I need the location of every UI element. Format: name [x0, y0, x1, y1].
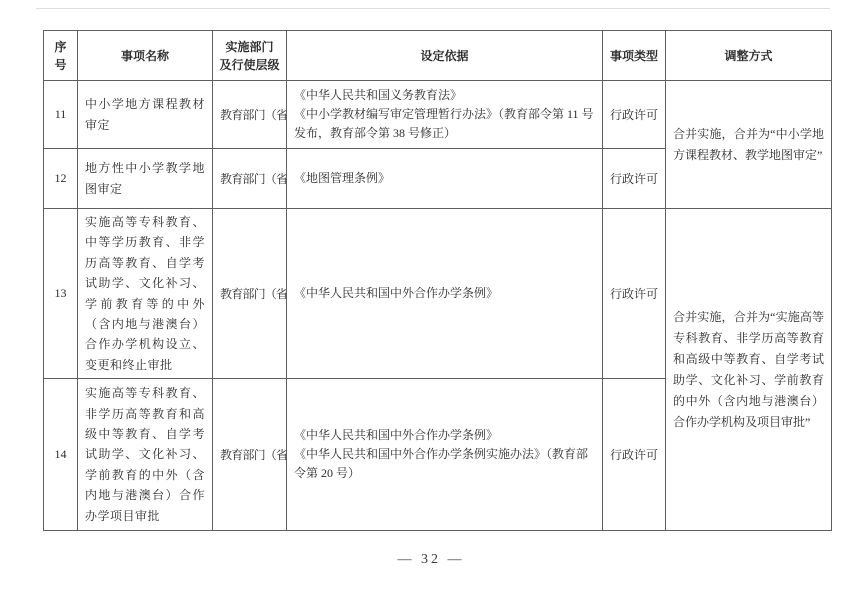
cell-item-type: 行政许可: [603, 209, 666, 379]
page-number: — 32 —: [0, 552, 862, 568]
cell-item-type: 行政许可: [603, 149, 666, 209]
cell-serial-number: 12: [44, 149, 78, 209]
cell-item-name: 中小学地方课程教材审定: [78, 81, 213, 149]
table-row-13: 13 实施高等专科教育、中等学历教育、非学历高等教育、自学考试助学、文化补习、学…: [44, 209, 832, 379]
cell-legal-basis: 《中华人民共和国中外合作办学条例》 《中华人民共和国中外合作办学条例实施办法》（…: [287, 379, 603, 531]
cell-item-name: 实施高等专科教育、中等学历教育、非学历高等教育、自学考试助学、文化补习、学前教育…: [78, 209, 213, 379]
cell-department: 教育部门（省）: [213, 81, 287, 149]
cell-legal-basis: 《中华人民共和国义务教育法》 《中小学教材编写审定管理暂行办法》（教育部令第 1…: [287, 81, 603, 149]
cell-department: 教育部门（省）: [213, 149, 287, 209]
col-header-serial-number: 序 号: [44, 31, 78, 81]
cell-department: 教育部门（省）: [213, 209, 287, 379]
cell-department: 教育部门（省）: [213, 379, 287, 531]
cell-item-type: 行政许可: [603, 379, 666, 531]
table-header-row: 序 号 事项名称 实施部门 及行使层级 设定依据 事项类型 调整方式: [44, 31, 832, 81]
col-header-adjustment-method: 调整方式: [666, 31, 832, 81]
col-header-item-type: 事项类型: [603, 31, 666, 81]
cell-item-name: 实施高等专科教育、非学历高等教育和高级中等教育、自学考试助学、文化补习、学前教育…: [78, 379, 213, 531]
approval-items-table: 序 号 事项名称 实施部门 及行使层级 设定依据 事项类型 调整方式 11 中小…: [43, 30, 832, 531]
scan-artifact-line: [36, 8, 830, 9]
cell-legal-basis: 《地图管理条例》: [287, 149, 603, 209]
cell-item-type: 行政许可: [603, 81, 666, 149]
col-header-department-level: 实施部门 及行使层级: [213, 31, 287, 81]
cell-serial-number: 14: [44, 379, 78, 531]
cell-legal-basis: 《中华人民共和国中外合作办学条例》: [287, 209, 603, 379]
col-header-legal-basis: 设定依据: [287, 31, 603, 81]
table-row-11: 11 中小学地方课程教材审定 教育部门（省） 《中华人民共和国义务教育法》 《中…: [44, 81, 832, 149]
cell-serial-number: 13: [44, 209, 78, 379]
cell-adjustment-merged-11-12: 合并实施，合并为“中小学地方课程教材、教学地图审定”: [666, 81, 832, 209]
cell-adjustment-merged-13-14: 合并实施，合并为“实施高等专科教育、非学历高等教育和高级中等教育、自学考试助学、…: [666, 209, 832, 531]
document-page: 序 号 事项名称 实施部门 及行使层级 设定依据 事项类型 调整方式 11 中小…: [0, 0, 862, 600]
cell-serial-number: 11: [44, 81, 78, 149]
cell-item-name: 地方性中小学教学地图审定: [78, 149, 213, 209]
col-header-item-name: 事项名称: [78, 31, 213, 81]
